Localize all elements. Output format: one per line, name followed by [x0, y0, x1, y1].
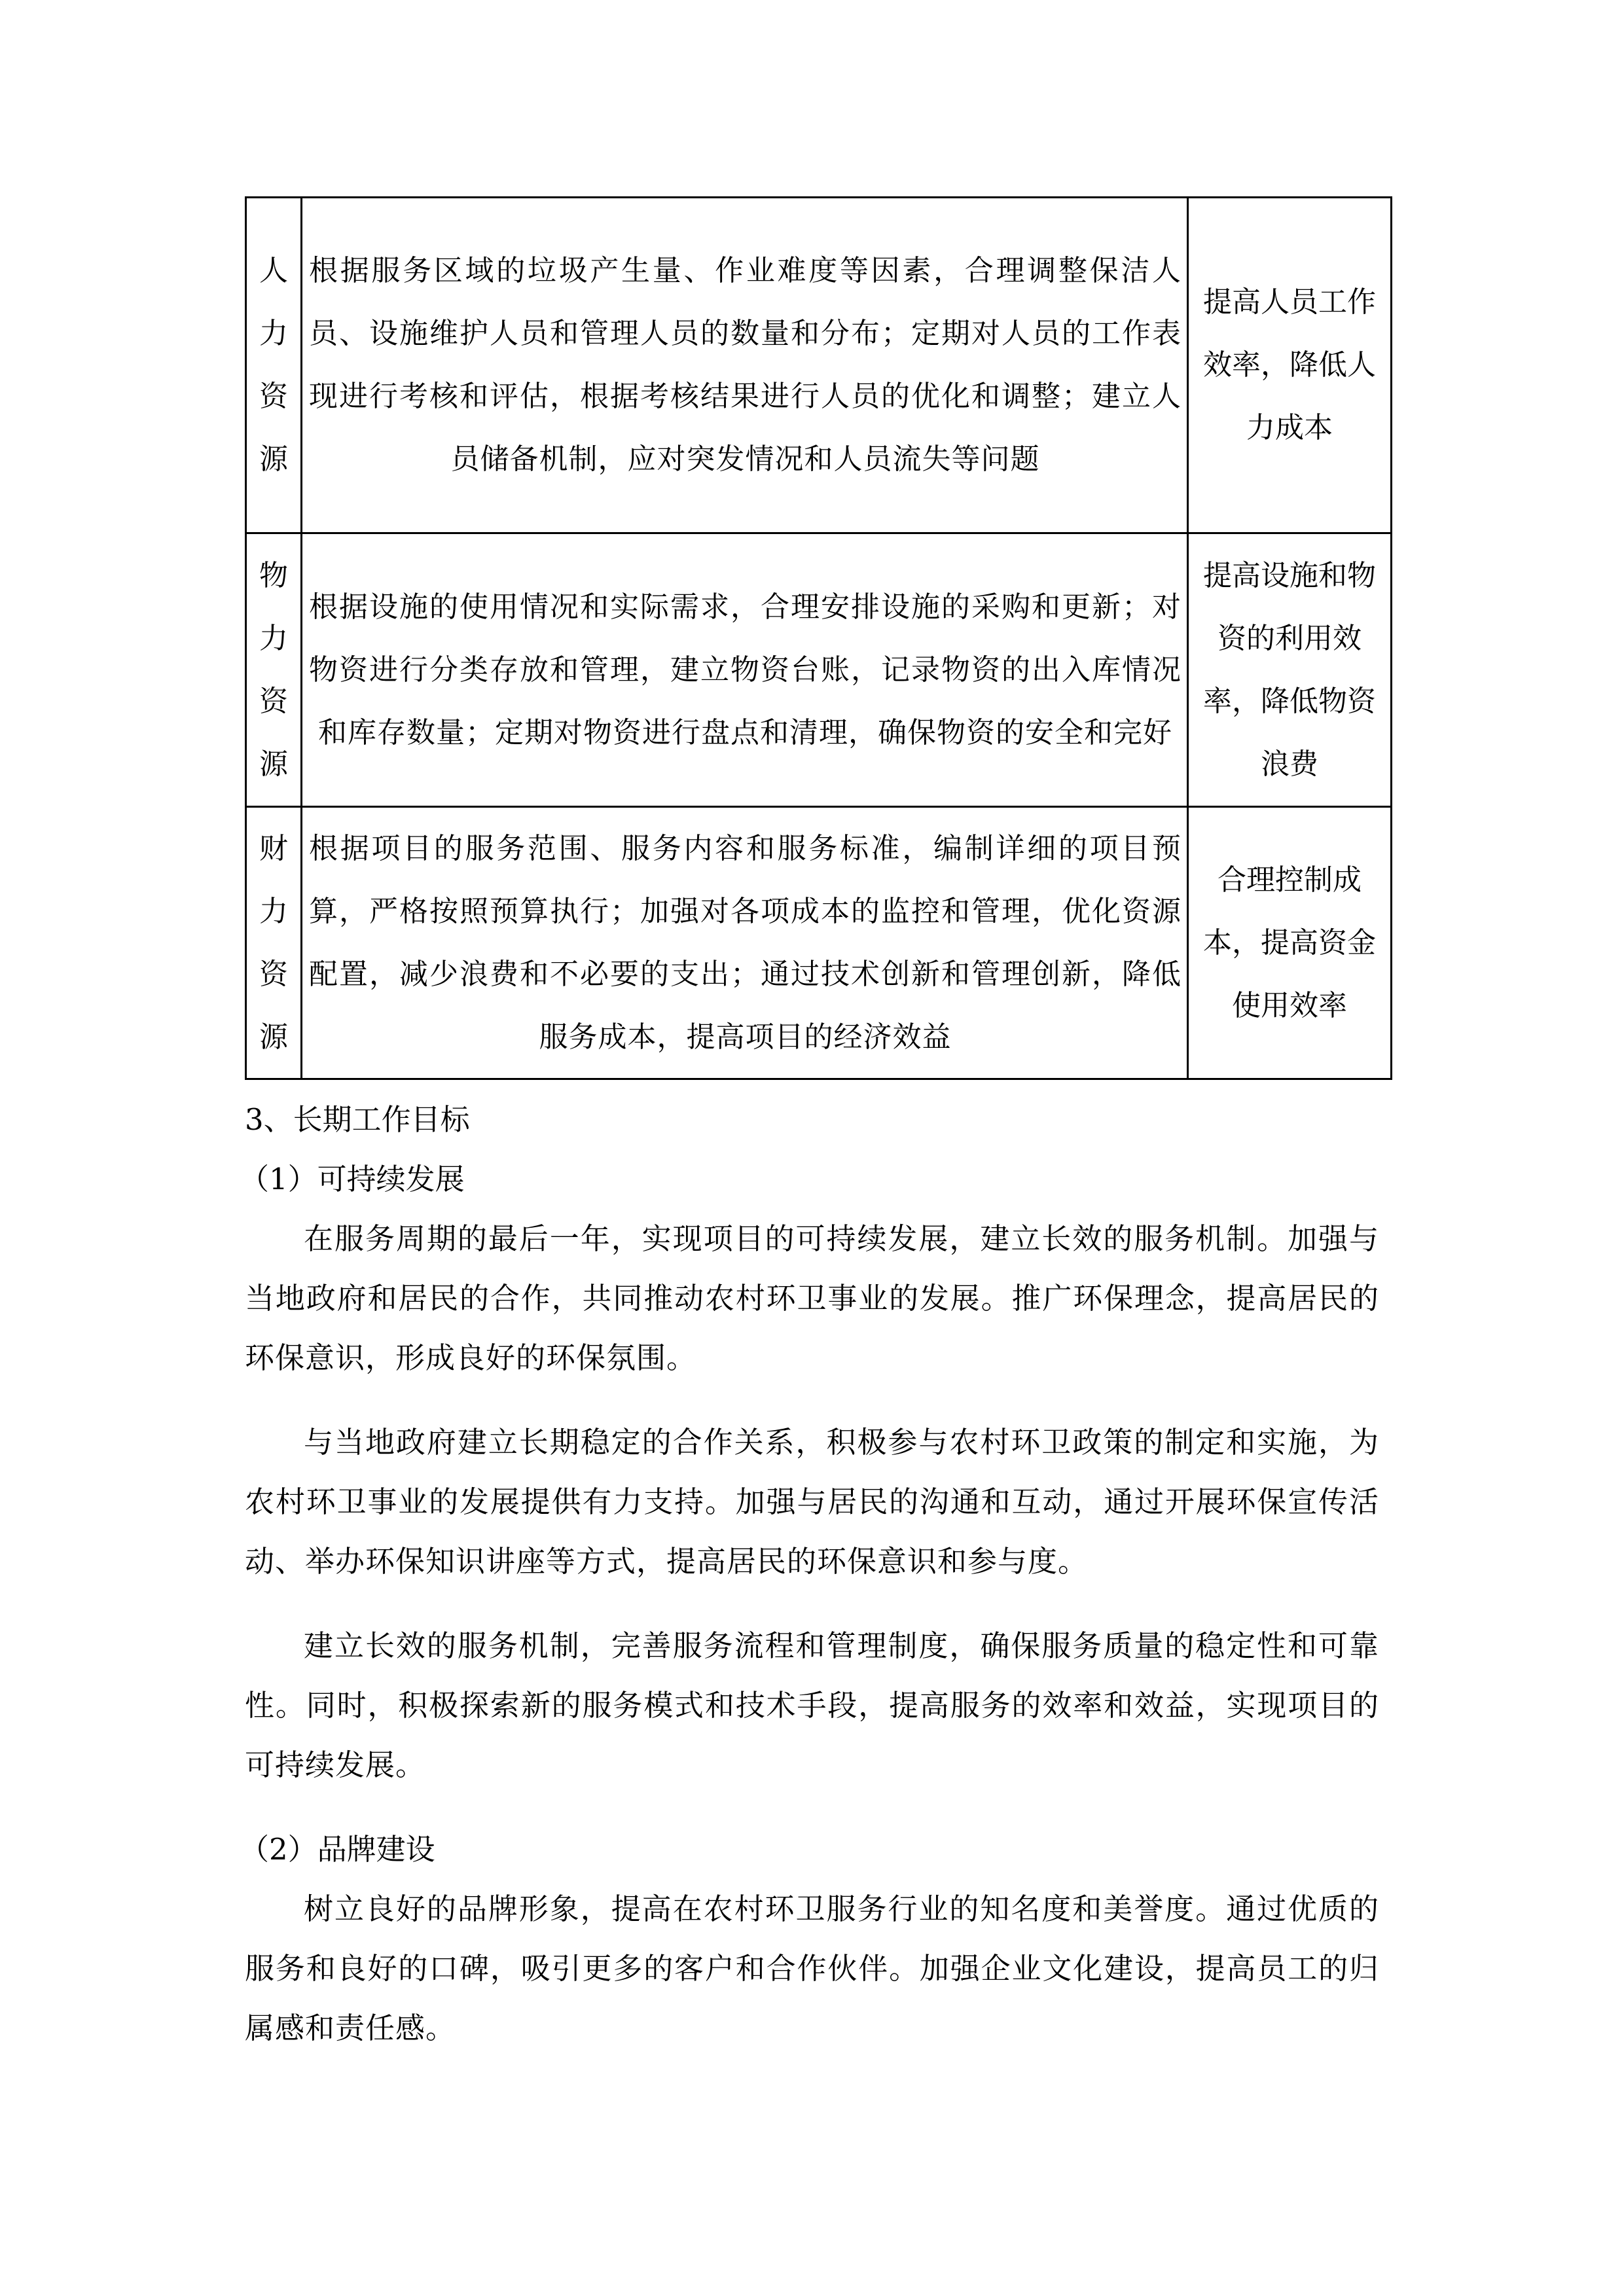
- category-char: 人: [247, 240, 300, 302]
- category-char: 资: [247, 670, 300, 733]
- table-row-material-resources: 物 力 资 源 根据设施的使用情况和实际需求，合理安排设施的采购和更新；对物资进…: [246, 533, 1392, 807]
- goal-cell: 提高设施和物资的利用效率，降低物资浪费: [1188, 533, 1392, 807]
- subsection-title-brand: （2）品牌建设: [240, 1820, 1379, 1879]
- category-char: 资: [247, 943, 300, 1006]
- paragraph: 在服务周期的最后一年，实现项目的可持续发展，建立长效的服务机制。加强与当地政府和…: [245, 1209, 1379, 1388]
- table-row-financial-resources: 财 力 资 源 根据项目的服务范围、服务内容和服务标准，编制详细的项目预算，严格…: [246, 807, 1392, 1079]
- section-heading: 3、长期工作目标: [245, 1090, 1379, 1149]
- paragraph: 与当地政府建立长期稳定的合作关系，积极参与农村环卫政策的制定和实施，为农村环卫事…: [245, 1412, 1379, 1591]
- category-cell: 财 力 资 源: [246, 807, 302, 1079]
- measures-cell: 根据项目的服务范围、服务内容和服务标准，编制详细的项目预算，严格按照预算执行；加…: [302, 807, 1188, 1079]
- category-cell: 物 力 资 源: [246, 533, 302, 807]
- category-char: 力: [247, 302, 300, 365]
- document-page: 人 力 资 源 根据服务区域的垃圾产生量、作业难度等因素，合理调整保洁人员、设施…: [0, 0, 1624, 2296]
- category-cell: 人 力 资 源: [246, 198, 302, 533]
- category-char: 物: [247, 545, 300, 607]
- category-char: 财: [247, 817, 300, 880]
- measures-cell: 根据服务区域的垃圾产生量、作业难度等因素，合理调整保洁人员、设施维护人员和管理人…: [302, 198, 1188, 533]
- category-char: 力: [247, 607, 300, 670]
- long-term-goals-section: 3、长期工作目标 （1）可持续发展 在服务周期的最后一年，实现项目的可持续发展，…: [245, 1090, 1379, 2083]
- category-char: 资: [247, 365, 300, 428]
- category-char: 源: [247, 733, 300, 796]
- goal-cell: 提高人员工作效率，降低人力成本: [1188, 198, 1392, 533]
- category-char: 源: [247, 1006, 300, 1069]
- goal-cell: 合理控制成本，提高资金使用效率: [1188, 807, 1392, 1079]
- paragraph: 树立良好的品牌形象，提高在农村环卫服务行业的知名度和美誉度。通过优质的服务和良好…: [245, 1879, 1379, 2058]
- category-char: 力: [247, 880, 300, 943]
- category-char: 源: [247, 428, 300, 491]
- subsection-title-sustainable: （1）可持续发展: [240, 1149, 1379, 1209]
- paragraph: 建立长效的服务机制，完善服务流程和管理制度，确保服务质量的稳定性和可靠性。同时，…: [245, 1616, 1379, 1795]
- table-row-human-resources: 人 力 资 源 根据服务区域的垃圾产生量、作业难度等因素，合理调整保洁人员、设施…: [246, 198, 1392, 533]
- measures-cell: 根据设施的使用情况和实际需求，合理安排设施的采购和更新；对物资进行分类存放和管理…: [302, 533, 1188, 807]
- resource-allocation-table: 人 力 资 源 根据服务区域的垃圾产生量、作业难度等因素，合理调整保洁人员、设施…: [245, 196, 1392, 1080]
